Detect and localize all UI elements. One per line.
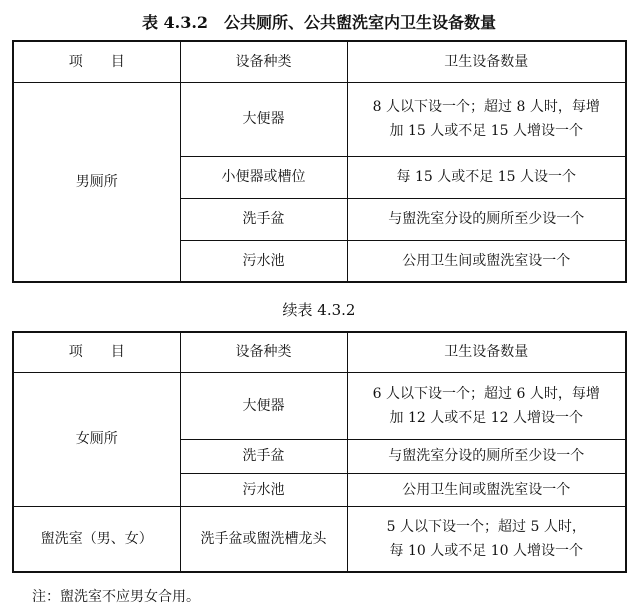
header-quantity: 卫生设备数量 xyxy=(347,41,626,82)
table-men: 项 目 设备种类 卫生设备数量 男厕所 大便器 8 人以下设一个；超过 8 人时… xyxy=(12,40,627,283)
header-item: 项 目 xyxy=(13,332,180,372)
continued-title: 续表 4.3.2 xyxy=(0,299,638,320)
quantity-cell: 公用卫生间或盥洗室设一个 xyxy=(347,473,626,506)
quantity-cell: 8 人以下设一个；超过 8 人时，每增 加 15 人或不足 15 人增设一个 xyxy=(347,82,626,156)
type-cell: 小便器或槽位 xyxy=(180,156,347,198)
quantity-cell: 5 人以下设一个；超过 5 人时， 每 10 人或不足 10 人增设一个 xyxy=(347,506,626,572)
table-title: 表 4.3.2 公共厕所、公共盥洗室内卫生设备数量 xyxy=(0,10,638,33)
header-row: 项 目 设备种类 卫生设备数量 xyxy=(13,41,626,82)
header-quantity: 卫生设备数量 xyxy=(347,332,626,372)
header-type: 设备种类 xyxy=(180,332,347,372)
quantity-line: 5 人以下设一个；超过 5 人时， xyxy=(352,515,622,539)
table-row: 男厕所 大便器 8 人以下设一个；超过 8 人时，每增 加 15 人或不足 15… xyxy=(13,82,626,156)
quantity-cell: 与盥洗室分设的厕所至少设一个 xyxy=(347,198,626,240)
table-women: 项 目 设备种类 卫生设备数量 女厕所 大便器 6 人以下设一个；超过 6 人时… xyxy=(12,331,627,573)
header-row: 项 目 设备种类 卫生设备数量 xyxy=(13,332,626,372)
quantity-cell: 6 人以下设一个；超过 6 人时，每增 加 12 人或不足 12 人增设一个 xyxy=(347,372,626,439)
header-item: 项 目 xyxy=(13,41,180,82)
group-cell: 女厕所 xyxy=(13,372,180,506)
type-cell: 洗手盆或盥洗槽龙头 xyxy=(180,506,347,572)
quantity-cell: 公用卫生间或盥洗室设一个 xyxy=(347,240,626,282)
group-cell: 盥洗室（男、女） xyxy=(13,506,180,572)
quantity-line: 6 人以下设一个；超过 6 人时，每增 xyxy=(352,382,622,406)
type-cell: 洗手盆 xyxy=(180,439,347,473)
header-type: 设备种类 xyxy=(180,41,347,82)
type-cell: 大便器 xyxy=(180,82,347,156)
quantity-line: 每 10 人或不足 10 人增设一个 xyxy=(352,539,622,563)
quantity-cell: 每 15 人或不足 15 人设一个 xyxy=(347,156,626,198)
type-cell: 洗手盆 xyxy=(180,198,347,240)
quantity-line: 8 人以下设一个；超过 8 人时，每增 xyxy=(352,95,622,119)
type-cell: 污水池 xyxy=(180,240,347,282)
table-row: 女厕所 大便器 6 人以下设一个；超过 6 人时，每增 加 12 人或不足 12… xyxy=(13,372,626,439)
table-row: 盥洗室（男、女） 洗手盆或盥洗槽龙头 5 人以下设一个；超过 5 人时， 每 1… xyxy=(13,506,626,572)
group-cell: 男厕所 xyxy=(13,82,180,282)
footnote: 注：盥洗室不应男女合用。 xyxy=(32,586,200,606)
quantity-cell: 与盥洗室分设的厕所至少设一个 xyxy=(347,439,626,473)
type-cell: 大便器 xyxy=(180,372,347,439)
quantity-line: 加 15 人或不足 15 人增设一个 xyxy=(352,119,622,143)
type-cell: 污水池 xyxy=(180,473,347,506)
quantity-line: 加 12 人或不足 12 人增设一个 xyxy=(352,406,622,430)
